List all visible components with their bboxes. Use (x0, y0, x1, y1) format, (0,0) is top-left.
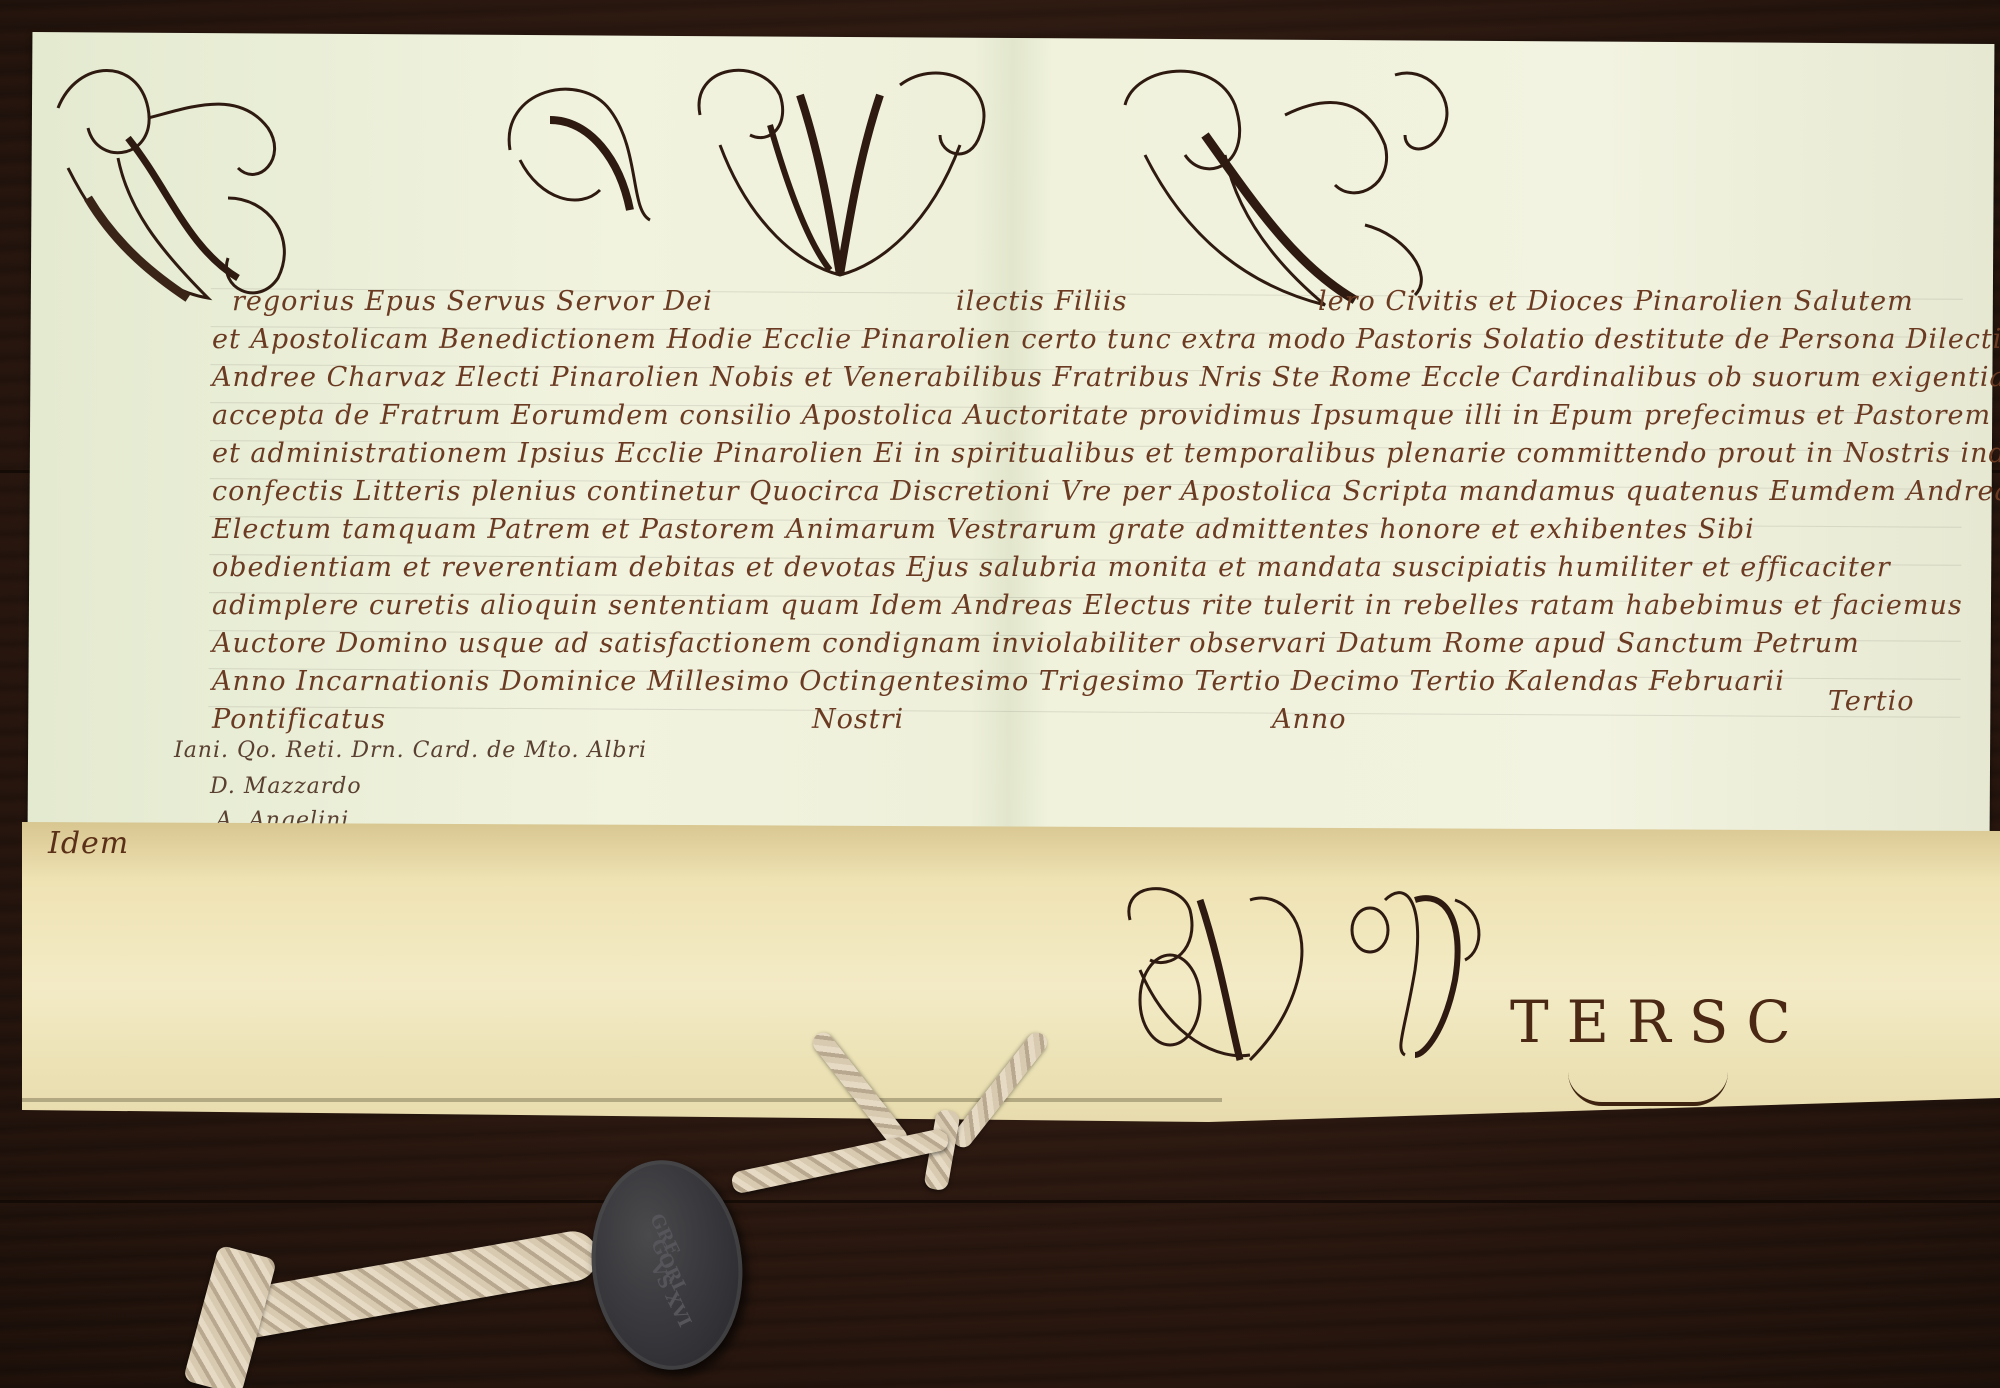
text-line: Anno Incarnationis Dominice Millesimo Oc… (212, 666, 1785, 697)
plica-edge (22, 1098, 1222, 1102)
text-line: Andree Charvaz Electi Pinarolien Nobis e… (212, 362, 2000, 393)
text-nostri: Nostri (812, 704, 904, 735)
text-line: Electum tamquam Patrem et Pastorem Anima… (212, 514, 1755, 545)
lead-seal-bulla: GRE GORI VS XVI (581, 1153, 752, 1378)
text-line: accepta de Fratrum Eorumdem consilio Apo… (212, 400, 2000, 431)
text-anno: Anno (1272, 704, 1347, 735)
ornamental-flourish-icon (490, 60, 670, 230)
braided-cord (219, 1227, 602, 1342)
ornamental-initial-d-icon (680, 55, 1000, 285)
plica-flourish-icon (1345, 880, 1485, 1060)
signature-1: Iani. Qo. Reti. Drn. Card. de Mto. Albri (174, 738, 647, 763)
seal-inscription: VS XVI (641, 1257, 698, 1333)
text-line: obedientiam et reverentiam debitas et de… (212, 552, 1891, 583)
text-line: et administrationem Ipsius Ecclie Pinaro… (212, 438, 2000, 469)
rubric-initials: TERSC (1510, 988, 1809, 1056)
text-line: confectis Litteris plenius continetur Qu… (212, 476, 2000, 507)
text-line: et Apostolicam Benedictionem Hodie Eccli… (212, 324, 2000, 355)
text-idem: Idem (48, 826, 129, 861)
rubric-underline (1568, 1072, 1728, 1106)
silk-cord (730, 1127, 950, 1194)
wood-seam (0, 1200, 2000, 1203)
text-tertio: Tertio (1828, 686, 1915, 717)
text-line: adimplere curetis alioquin sententiam qu… (212, 590, 1963, 621)
ruled-line (208, 706, 1960, 718)
ornamental-initial-g-icon (38, 48, 308, 318)
text-line-1-mid: ilectis Filiis (956, 286, 1127, 317)
text-line-1-left: regorius Epus Servus Servor Dei (232, 286, 713, 317)
plica-flourish-icon (1110, 870, 1330, 1070)
signature-2: D. Mazzardo (210, 774, 362, 799)
ornamental-initial-c-icon (1105, 55, 1465, 315)
text-line-1-right: lero Civitis et Dioces Pinarolien Salute… (1318, 286, 1914, 317)
text-pontificatus: Pontificatus (212, 704, 386, 735)
text-line: Auctore Domino usque ad satisfactionem c… (212, 628, 1860, 659)
